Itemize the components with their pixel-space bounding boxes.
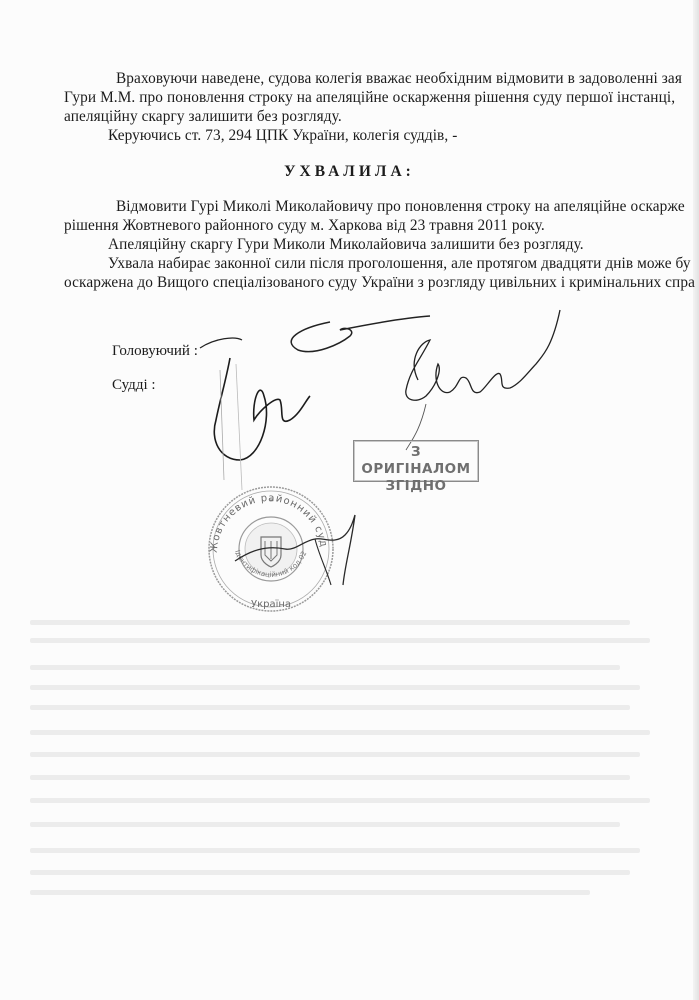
seal-bottom-text: Україна (251, 599, 291, 610)
paragraph-1-line-2: Гури М.М. про поновлення строку на апеля… (64, 89, 675, 107)
ruling-item-1-line-2: рішення Жовтневого районного суду м. Хар… (64, 217, 545, 235)
certified-copy-stamp: З ОРИГІНАЛОМ ЗГІДНО (353, 440, 479, 482)
ruling-heading: УХВАЛИЛА: (0, 163, 699, 181)
page-edge-shadow (693, 0, 699, 1000)
presiding-judge-label: Головуючий : (112, 343, 198, 360)
stamp-line-1: З ОРИГІНАЛОМ (354, 444, 478, 478)
ruling-item-2: Апеляційну скаргу Гури Миколи Миколайови… (108, 236, 584, 254)
court-seal: Жовтневий районний суд м. Харкова Іденти… (195, 475, 365, 615)
ruling-item-3-line-2: оскаржена до Вищого спеціалізованого суд… (64, 274, 695, 292)
paragraph-1-line-3: апеляційну скаргу залишити без розгляду. (64, 108, 342, 126)
svg-text:*: * (269, 497, 274, 507)
stamp-line-2: ЗГІДНО (354, 478, 478, 495)
ruling-item-3-line-1: Ухвала набирає законної сили після прого… (108, 255, 691, 273)
paragraph-1-line-1: Враховуючи наведене, судова колегія вваж… (116, 70, 682, 88)
ruling-item-1-line-1: Відмовити Гурі Миколі Миколайовичу про п… (116, 198, 685, 216)
document-page: Враховуючи наведене, судова колегія вваж… (0, 0, 699, 1000)
judges-label: Судді : (112, 377, 156, 394)
paragraph-2: Керуючись ст. 73, 294 ЦПК України, колег… (108, 127, 457, 145)
